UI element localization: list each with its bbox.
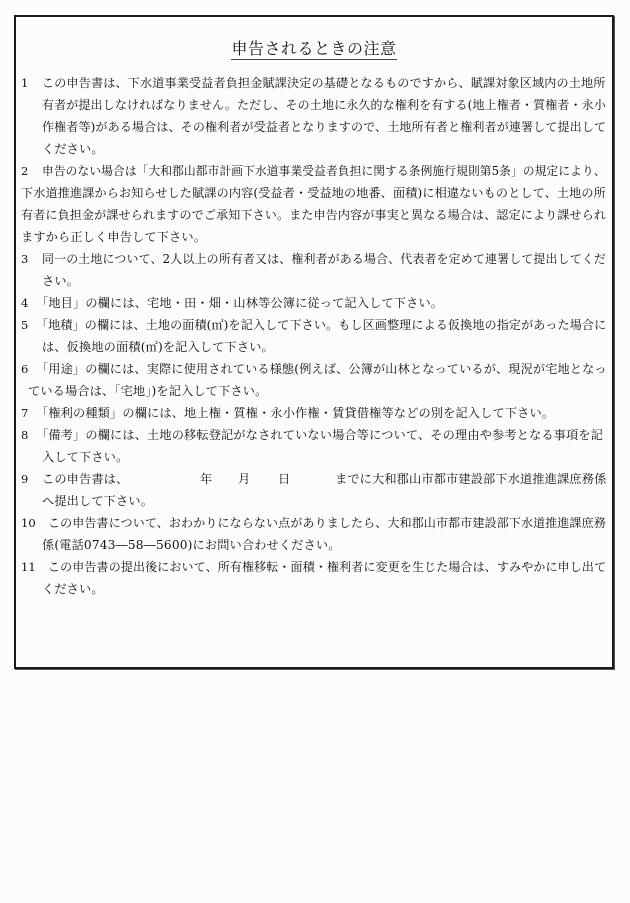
item-number: 10 <box>21 515 36 531</box>
item-1-line-3: 作権者等)がある場合は、その権利者が受益者となりますので、土地所有者と権利者が連… <box>42 119 606 135</box>
item-number: 6 <box>21 361 28 377</box>
item-3-line-1: 同一の土地について、2人以上の所有者又は、権利者がある場合、代表者を定めて連署し… <box>42 251 606 267</box>
item-5-line-1: 「地積」の欄には、土地の面積(㎡)を記入して下さい。もし区画整理による仮換地の指… <box>36 317 606 333</box>
title-text: 申告されるときの注意 <box>231 39 396 60</box>
item-number: 8 <box>21 427 28 443</box>
item-9-prefix: この申告書は、 <box>42 471 128 487</box>
item-8-line-2: 入して下さい。 <box>42 449 128 465</box>
notice-frame: 申告されるときの注意 1 この申告書は、下水道事業受益者負担金賦課決定の基礎とな… <box>14 15 614 669</box>
deadline-day-label: 日 <box>278 471 290 487</box>
item-9-line-2: へ提出して下さい。 <box>42 493 153 509</box>
item-8-line-1: 「備考」の欄には、土地の移転登記がなされていない場合等について、その理由や参考と… <box>36 427 603 443</box>
item-3-line-2: さい。 <box>42 273 79 289</box>
deadline-year-label: 年 <box>200 471 212 487</box>
item-number: 2 <box>21 163 28 179</box>
item-1-line-2: 有者が提出しなければなりません。ただし、その土地に永久的な権利を有する(地上権者… <box>42 97 606 113</box>
item-number: 4 <box>21 295 28 311</box>
item-9-suffix: までに大和郡山市都市建設部下水道推進課庶務係 <box>335 471 606 487</box>
item-2-line-1: 申告のない場合は「大和郡山都市計画下水道事業受益者負担に関する条例施行規則第5条… <box>42 163 606 179</box>
item-10-line-2: 係(電話0743―58―5600)にお問い合わせください。 <box>42 537 341 553</box>
deadline-month-label: 月 <box>238 471 250 487</box>
item-number: 1 <box>21 75 28 91</box>
item-2-line-4: ますから正しく申告して下さい。 <box>21 229 206 245</box>
item-number: 3 <box>21 251 28 267</box>
item-number: 9 <box>21 471 28 487</box>
item-4-line-1: 「地目」の欄には、宅地・田・畑・山林等公簿に従って記入して下さい。 <box>36 295 443 311</box>
item-number: 5 <box>21 317 28 333</box>
item-2-line-3: 有者に負担金が課せられますのでご承知下さい。また申告内容が事実と異なる場合は、認… <box>21 207 606 223</box>
item-5-line-2: は、仮換地の面積(㎡)を記入して下さい。 <box>42 339 274 355</box>
item-number: 11 <box>21 559 36 575</box>
item-11-line-2: ください。 <box>42 581 104 597</box>
item-1-line-4: ください。 <box>42 141 104 157</box>
item-1-line-1: この申告書は、下水道事業受益者負担金賦課決定の基礎となるものですから、賦課対象区… <box>42 75 606 91</box>
item-2-line-2: 下水道推進課からお知らせした賦課の内容(受益者・受益地の地番、面積)に相違ないも… <box>21 185 606 201</box>
item-7-line-1: 「権利の種類」の欄には、地上権・質権・永小作権・賃貸借権等などの別を記入して下さ… <box>36 405 554 421</box>
item-10-line-1: この申告書について、おわかりにならない点がありましたら、大和郡山市都市建設部下水… <box>48 515 606 531</box>
item-6-line-1: 「用途」の欄には、実際に使用されている様態(例えば、公簿が山林となっているが、現… <box>36 361 607 377</box>
item-6-line-2: ている場合は、「宅地」)を記入して下さい。 <box>28 383 267 399</box>
item-number: 7 <box>21 405 28 421</box>
page-title: 申告されるときの注意 <box>16 36 612 59</box>
item-11-line-1: この申告書の提出後において、所有権移転・面積・権利者に変更を生じた場合は、すみや… <box>48 559 606 575</box>
